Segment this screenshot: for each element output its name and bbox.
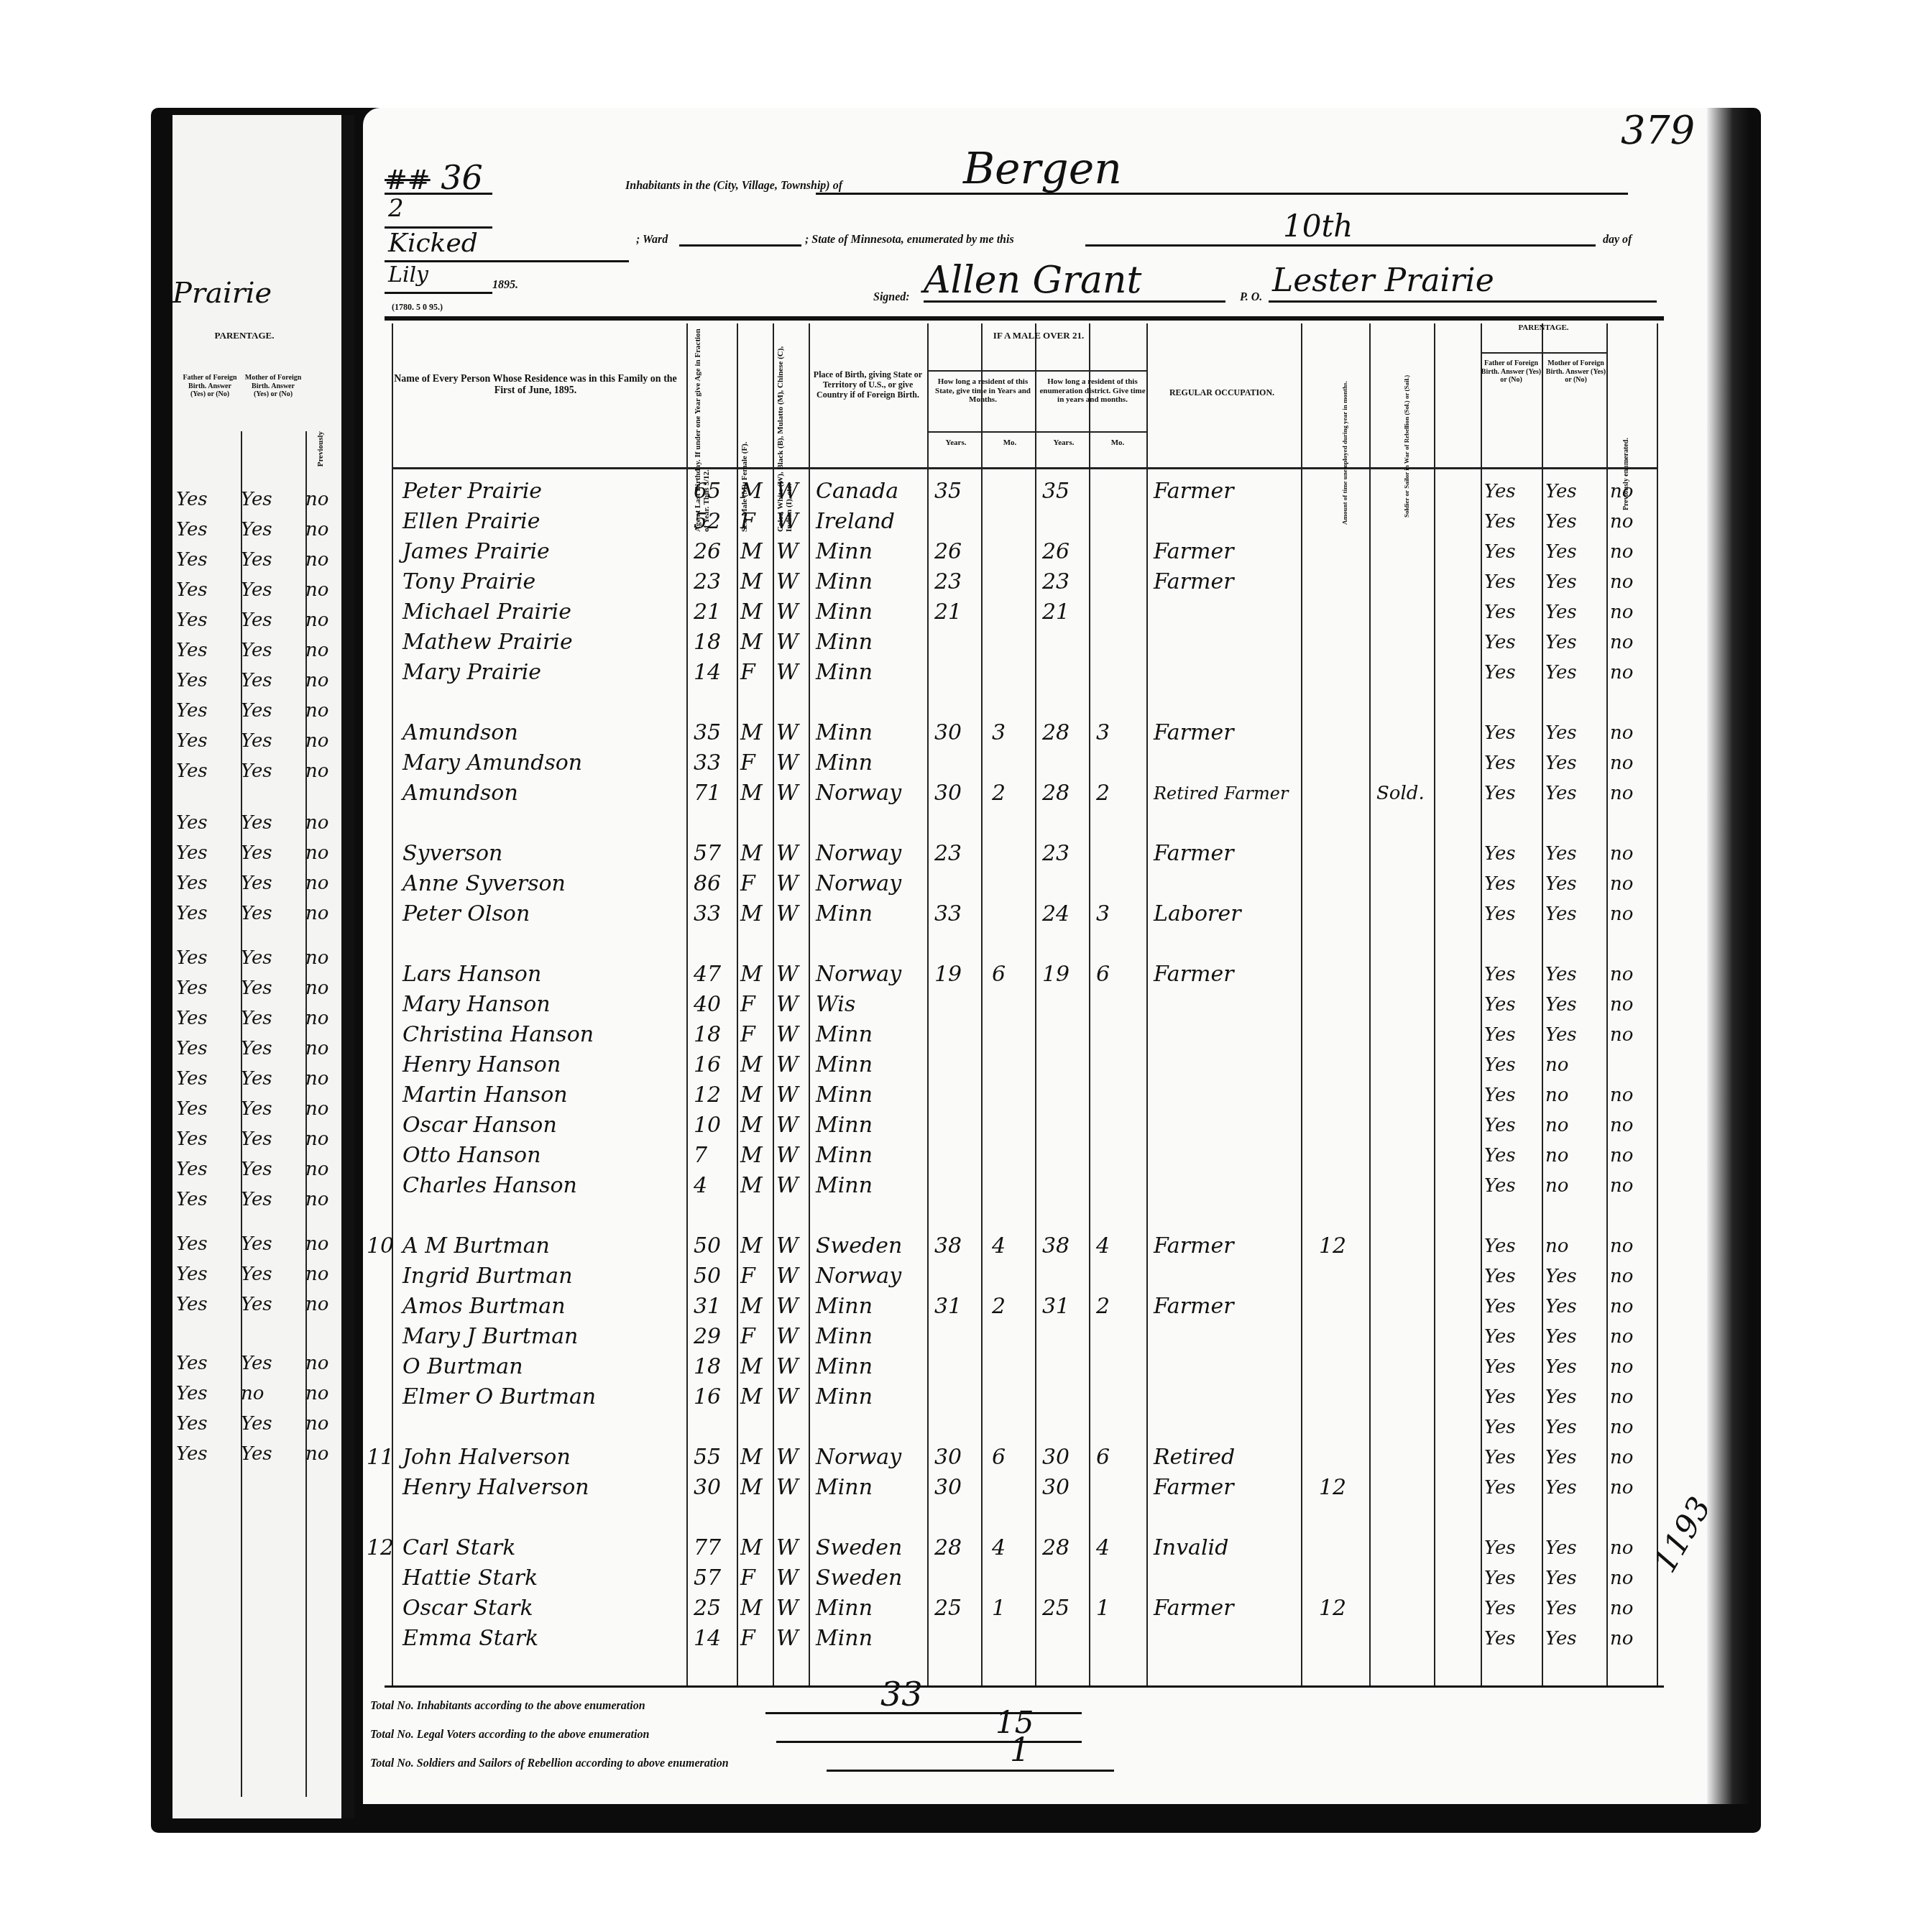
total-inhabitants-label: Total No. Inhabitants according to the a… (370, 1700, 645, 1713)
cell-age: 18 (694, 629, 721, 656)
cell-person-name: Mathew Prairie (402, 629, 573, 656)
left-page-cell: Yes (241, 609, 272, 631)
cell-color: W (776, 1474, 799, 1501)
cell-previously-enumerated: no (1610, 991, 1633, 1018)
cell-previously-enumerated: no (1610, 1414, 1633, 1441)
cell-sex: M (740, 901, 763, 928)
left-page-cell: Yes (176, 842, 208, 864)
cell-mother-foreign-birth: Yes (1545, 991, 1577, 1018)
cell-mother-foreign-birth: Yes (1545, 1565, 1577, 1592)
census-row: Emma Stark14FWMinnYesYesno (363, 1625, 1714, 1652)
cell-sex: M (740, 1293, 763, 1320)
cell-district-years: 28 (1042, 1535, 1069, 1562)
day-of-label: day of (1603, 234, 1632, 247)
cell-father-foreign-birth: Yes (1484, 1444, 1516, 1471)
cell-state-years: 19 (934, 961, 962, 988)
rule (765, 1712, 1082, 1714)
cell-person-name: Hattie Stark (402, 1565, 538, 1592)
cell-district-years: 38 (1042, 1233, 1069, 1260)
cell-father-foreign-birth: Yes (1484, 991, 1516, 1018)
cell-line-number: 12 (367, 1535, 394, 1562)
cell-occupation: Farmer (1154, 719, 1234, 747)
cell-age: 47 (694, 961, 721, 988)
cell-age: 50 (694, 1263, 721, 1290)
cell-father-foreign-birth: Yes (1484, 1353, 1516, 1381)
cell-sex: M (740, 538, 763, 566)
cell-birthplace: Minn (816, 1595, 873, 1622)
left-page-cell: no (305, 812, 328, 834)
left-page-cell: Yes (176, 1443, 208, 1465)
cell-occupation: Farmer (1154, 569, 1234, 596)
col-header-state-residence: How long a resident of this State, give … (931, 377, 1035, 405)
cell-birthplace: Minn (816, 1172, 873, 1200)
cell-district-months: 6 (1096, 1444, 1110, 1471)
cell-sex: M (740, 840, 763, 868)
cell-age: 14 (694, 659, 721, 686)
cell-person-name: Oscar Stark (402, 1595, 533, 1622)
po-label: P. O. (1240, 291, 1262, 304)
cell-previously-enumerated: no (1610, 1021, 1633, 1049)
cell-birthplace: Minn (816, 1384, 873, 1411)
census-row: Mary Amundson33FWMinnYesYesno (363, 750, 1714, 777)
left-page-cell: no (305, 1128, 328, 1150)
cell-state-years: 28 (934, 1535, 962, 1562)
left-page-cell: Yes (241, 519, 272, 540)
cell-father-foreign-birth: Yes (1484, 1293, 1516, 1320)
left-page-cell: Yes (176, 1353, 208, 1374)
census-row: Mary J Burtman29FWMinnYesYesno (363, 1323, 1714, 1351)
cell-person-name: Henry Hanson (402, 1052, 561, 1079)
enumerator-signature: Allen Grant (924, 259, 1141, 302)
cell-previously-enumerated: no (1610, 840, 1633, 868)
cell-birthplace: Minn (816, 1353, 873, 1381)
cell-mother-foreign-birth: Yes (1545, 538, 1577, 566)
cell-sex: M (740, 719, 763, 747)
cell-state-months: 4 (992, 1535, 1006, 1562)
left-page-cell: no (305, 1159, 328, 1180)
cell-birthplace: Minn (816, 569, 873, 596)
left-page-cell: Yes (176, 1413, 208, 1435)
left-page-cell: Yes (241, 977, 272, 999)
cell-father-foreign-birth: Yes (1484, 719, 1516, 747)
total-soldiers-label: Total No. Soldiers and Sailors of Rebell… (370, 1757, 729, 1770)
cell-state-years: 21 (934, 599, 962, 626)
cell-color: W (776, 1172, 799, 1200)
cell-person-name: Carl Stark (402, 1535, 515, 1562)
cell-age: 16 (694, 1052, 721, 1079)
col-header-mother: Mother of Foreign Birth. Answer (Yes) or… (1545, 359, 1606, 385)
cell-color: W (776, 538, 799, 566)
cell-father-foreign-birth: Yes (1484, 870, 1516, 898)
cell-mother-foreign-birth: Yes (1545, 1595, 1577, 1622)
cell-birthplace: Sweden (816, 1233, 902, 1260)
cell-previously-enumerated: no (1610, 1293, 1633, 1320)
cell-person-name: Lars Hanson (402, 961, 541, 988)
cell-age: 21 (694, 599, 721, 626)
cell-age: 31 (694, 1293, 721, 1320)
cell-birthplace: Minn (816, 1293, 873, 1320)
cell-soldier-sailor: Sold. (1376, 780, 1425, 807)
col-header-district-residence: How long a resident of this enumeration … (1039, 377, 1146, 405)
cell-person-name: Mary Prairie (402, 659, 541, 686)
left-page-cell: no (305, 1068, 328, 1090)
left-page-cell: Yes (241, 700, 272, 722)
left-page-cell: Yes (241, 730, 272, 752)
left-page-cell: Yes (176, 1233, 208, 1255)
cell-age: 33 (694, 901, 721, 928)
cell-birthplace: Sweden (816, 1565, 902, 1592)
cell-birthplace: Minn (816, 1021, 873, 1049)
cell-color: W (776, 1595, 799, 1622)
left-previously-header: Previously (316, 431, 325, 466)
cell-person-name: John Halverson (402, 1444, 571, 1471)
cell-district-years: 23 (1042, 840, 1069, 868)
cell-occupation: Invalid (1154, 1535, 1228, 1562)
cell-state-years: 23 (934, 569, 962, 596)
cell-previously-enumerated: no (1610, 569, 1633, 596)
left-page-cell: Yes (241, 489, 272, 510)
cell-color: W (776, 659, 799, 686)
total-inhabitants: 33 (880, 1675, 923, 1713)
cell-color: W (776, 629, 799, 656)
cell-color: W (776, 569, 799, 596)
cell-person-name: Peter Olson (402, 901, 530, 928)
left-page-cell: no (305, 519, 328, 540)
col-header-parentage: PARENTAGE. (1481, 323, 1606, 333)
left-page-cell: no (305, 609, 328, 631)
cell-district-months: 3 (1096, 901, 1110, 928)
cell-age: 86 (694, 870, 721, 898)
cell-state-years: 38 (934, 1233, 962, 1260)
left-page-cell: Yes (241, 1128, 272, 1150)
cell-occupation: Laborer (1154, 901, 1241, 928)
left-page-cell: Yes (176, 1189, 208, 1210)
cell-father-foreign-birth: Yes (1484, 629, 1516, 656)
cell-person-name: Oscar Hanson (402, 1112, 557, 1139)
census-row: 11John Halverson55MWNorway306306RetiredY… (363, 1444, 1714, 1471)
cell-age: 65 (694, 478, 721, 505)
cell-mother-foreign-birth: Yes (1545, 780, 1577, 807)
census-row (363, 1504, 1714, 1532)
cell-previously-enumerated: no (1610, 1565, 1633, 1592)
cell-district-years: 28 (1042, 719, 1069, 747)
cell-person-name: A M Burtman (402, 1233, 550, 1260)
rule (1085, 244, 1596, 247)
ward-label: ; Ward (636, 234, 668, 247)
cell-person-name: Amos Burtman (402, 1293, 566, 1320)
cell-father-foreign-birth: Yes (1484, 538, 1516, 566)
census-row: Ingrid Burtman50FWNorwayYesYesno (363, 1263, 1714, 1290)
cell-previously-enumerated: no (1610, 1595, 1633, 1622)
left-page-cell: Yes (176, 812, 208, 834)
cell-father-foreign-birth: Yes (1484, 1595, 1516, 1622)
cell-age: 10 (694, 1112, 721, 1139)
cell-color: W (776, 1565, 799, 1592)
left-page-cell: Yes (241, 1008, 272, 1029)
left-page-cell: Yes (176, 489, 208, 510)
left-page-title: Prairie (172, 277, 272, 310)
left-page-cell: Yes (176, 609, 208, 631)
cell-age: 18 (694, 1353, 721, 1381)
left-page-cell: Yes (241, 1233, 272, 1255)
left-father-header: Father of Foreign Birth. Answer (Yes) or… (181, 374, 239, 399)
cell-mother-foreign-birth: Yes (1545, 901, 1577, 928)
left-page-cell: no (305, 1294, 328, 1315)
cell-color: W (776, 508, 799, 535)
cell-district-years: 19 (1042, 961, 1069, 988)
census-row: Elmer O Burtman16MWMinnYesYesno (363, 1384, 1714, 1411)
left-page-cell: no (305, 730, 328, 752)
cell-birthplace: Sweden (816, 1535, 902, 1562)
cell-age: 7 (694, 1142, 707, 1169)
census-row: Amundson71MWNorway302282Retired FarmerSo… (363, 780, 1714, 807)
cell-birthplace: Minn (816, 1474, 873, 1501)
cell-color: W (776, 1233, 799, 1260)
cell-sex: M (740, 1535, 763, 1562)
left-page-cell: no (305, 1353, 328, 1374)
cell-birthplace: Norway (816, 870, 901, 898)
cell-person-name: Peter Prairie (402, 478, 542, 505)
cell-color: W (776, 599, 799, 626)
cell-district-months: 4 (1096, 1535, 1110, 1562)
table-bottom-rule (385, 1685, 1664, 1688)
rule (385, 292, 492, 294)
cell-state-years: 23 (934, 840, 962, 868)
cell-mother-foreign-birth: Yes (1545, 1444, 1577, 1471)
left-page-cell: Yes (176, 1038, 208, 1059)
cell-previously-enumerated: no (1610, 478, 1633, 505)
cell-state-years: 30 (934, 780, 962, 807)
cell-person-name: Amundson (402, 780, 518, 807)
left-page-cell: Yes (176, 579, 208, 601)
cell-mother-foreign-birth: Yes (1545, 961, 1577, 988)
left-page-cell: no (305, 1383, 328, 1404)
census-row: Mary Prairie14FWMinnYesYesno (363, 659, 1714, 686)
cell-district-months: 6 (1096, 961, 1110, 988)
cell-color: W (776, 1353, 799, 1381)
cell-occupation: Retired (1154, 1444, 1235, 1471)
cell-birthplace: Norway (816, 840, 901, 868)
cell-color: W (776, 1293, 799, 1320)
cell-state-months: 2 (992, 1293, 1006, 1320)
header-subdivider (1481, 352, 1606, 354)
cell-color: W (776, 1021, 799, 1049)
cell-birthplace: Minn (816, 1052, 873, 1079)
cell-occupation: Farmer (1154, 1293, 1234, 1320)
cell-age: 35 (694, 719, 721, 747)
left-page-cell: no (305, 1038, 328, 1059)
cell-occupation: Farmer (1154, 1474, 1234, 1501)
cell-mother-foreign-birth: Yes (1545, 659, 1577, 686)
cell-occupation: Farmer (1154, 961, 1234, 988)
cell-color: W (776, 750, 799, 777)
cell-person-name: Elmer O Burtman (402, 1384, 596, 1411)
left-page-cell: Yes (241, 670, 272, 691)
cell-father-foreign-birth: Yes (1484, 659, 1516, 686)
cell-district-years: 35 (1042, 478, 1069, 505)
cell-father-foreign-birth: Yes (1484, 1233, 1516, 1260)
cell-sex: M (740, 1112, 763, 1139)
cell-mother-foreign-birth: Yes (1545, 719, 1577, 747)
cell-sex: M (740, 1384, 763, 1411)
cell-color: W (776, 1082, 799, 1109)
cell-previously-enumerated: no (1610, 1142, 1633, 1169)
cell-line-number: 11 (367, 1444, 394, 1471)
cell-previously-enumerated: no (1610, 599, 1633, 626)
left-page-cell: no (305, 947, 328, 969)
cell-age: 14 (694, 1625, 721, 1652)
supervisor-district: 2 (388, 194, 404, 223)
left-page-cell: no (305, 670, 328, 691)
cell-age: 16 (694, 1384, 721, 1411)
cell-district-months: 4 (1096, 1233, 1110, 1260)
left-page-cell: Yes (176, 730, 208, 752)
cell-previously-enumerated: no (1610, 1474, 1633, 1501)
cell-mother-foreign-birth: Yes (1545, 870, 1577, 898)
rule (816, 193, 1628, 195)
col-header-birthplace: Place of Birth, giving State or Territor… (812, 370, 924, 400)
cell-person-name: Mary Amundson (402, 750, 582, 777)
census-row (363, 689, 1714, 717)
cell-father-foreign-birth: Yes (1484, 569, 1516, 596)
cell-person-name: Charles Hanson (402, 1172, 577, 1200)
cell-previously-enumerated: no (1610, 1444, 1633, 1471)
cell-sex: M (740, 1172, 763, 1200)
left-page-cell: Yes (241, 842, 272, 864)
cell-person-name: Christina Hanson (402, 1021, 594, 1049)
cell-age: 23 (694, 569, 721, 596)
cell-sex: F (740, 1323, 755, 1351)
cell-mother-foreign-birth: Yes (1545, 629, 1577, 656)
cell-occupation: Farmer (1154, 538, 1234, 566)
cell-age: 71 (694, 780, 721, 807)
cell-color: W (776, 870, 799, 898)
left-page-cell: no (305, 1098, 328, 1120)
census-row: James Prairie26MWMinn2626FarmerYesYesno (363, 538, 1714, 566)
col-header-state-months: Mo. (985, 438, 1035, 448)
cell-state-months: 4 (992, 1233, 1006, 1260)
cell-birthplace: Minn (816, 659, 873, 686)
census-row: Lars Hanson47MWNorway196196FarmerYesYesn… (363, 961, 1714, 988)
cell-color: W (776, 840, 799, 868)
cell-father-foreign-birth: Yes (1484, 840, 1516, 868)
cell-district-years: 23 (1042, 569, 1069, 596)
cell-sex: M (740, 961, 763, 988)
left-page-fragment: Prairie PARENTAGE. Father of Foreign Bir… (172, 115, 354, 1818)
cell-age: 55 (694, 1444, 721, 1471)
cell-color: W (776, 1535, 799, 1562)
cell-color: W (776, 1384, 799, 1411)
cell-sex: F (740, 870, 755, 898)
header-bottom-divider (392, 467, 1657, 469)
left-page-cell: Yes (241, 1159, 272, 1180)
left-page-cell: Yes (241, 549, 272, 571)
col-header-name: Name of Every Person Whose Residence was… (392, 374, 679, 397)
cell-state-years: 25 (934, 1595, 962, 1622)
left-mother-header: Mother of Foreign Birth. Answer (Yes) or… (244, 374, 302, 399)
left-page-cell: Yes (241, 903, 272, 924)
cell-color: W (776, 478, 799, 505)
left-page-cell: Yes (176, 549, 208, 571)
left-page-cell: Yes (241, 1098, 272, 1120)
signed-label: Signed: (873, 291, 910, 304)
cell-sex: M (740, 1474, 763, 1501)
cell-sex: F (740, 991, 755, 1018)
left-page-cell: no (305, 1189, 328, 1210)
cell-age: 40 (694, 991, 721, 1018)
cell-color: W (776, 991, 799, 1018)
left-page-cell: Yes (176, 1294, 208, 1315)
cell-color: W (776, 719, 799, 747)
census-row: Mary Hanson40FWWisYesYesno (363, 991, 1714, 1018)
cell-previously-enumerated: no (1610, 1353, 1633, 1381)
cell-state-months: 3 (992, 719, 1006, 747)
cell-mother-foreign-birth: no (1545, 1233, 1568, 1260)
cell-birthplace: Minn (816, 538, 873, 566)
enumeration-day: 10th (1283, 208, 1353, 244)
cell-occupation: Retired Farmer (1154, 780, 1289, 807)
cell-person-name: Mary J Burtman (402, 1323, 578, 1351)
total-voters-label: Total No. Legal Voters according to the … (370, 1729, 649, 1742)
cell-previously-enumerated: no (1610, 1625, 1633, 1652)
cell-sex: M (740, 1595, 763, 1622)
cell-color: W (776, 901, 799, 928)
left-page-cell: no (241, 1383, 264, 1404)
cell-sex: M (740, 1142, 763, 1169)
cell-sex: M (740, 1233, 763, 1260)
census-row: 12Carl Stark77MWSweden284284InvalidYesYe… (363, 1535, 1714, 1562)
left-page-cell: Yes (176, 903, 208, 924)
left-page-cell: Yes (241, 579, 272, 601)
left-page-cell: Yes (241, 640, 272, 661)
cell-father-foreign-birth: Yes (1484, 1082, 1516, 1109)
cell-state-months: 2 (992, 780, 1006, 807)
cell-father-foreign-birth: Yes (1484, 1172, 1516, 1200)
cell-district-years: 30 (1042, 1474, 1069, 1501)
left-page-cell: no (305, 1413, 328, 1435)
left-page-cell: Yes (176, 640, 208, 661)
cell-sex: M (740, 1353, 763, 1381)
cell-person-name: Amundson (402, 719, 518, 747)
cell-mother-foreign-birth: no (1545, 1112, 1568, 1139)
cell-person-name: Martin Hanson (402, 1082, 568, 1109)
left-page-cell: Yes (176, 873, 208, 894)
left-page-cell: no (305, 579, 328, 601)
cell-sex: M (740, 599, 763, 626)
cell-father-foreign-birth: Yes (1484, 508, 1516, 535)
cell-state-years: 30 (934, 719, 962, 747)
census-row: Amundson35MWMinn303283FarmerYesYesno (363, 719, 1714, 747)
cell-previously-enumerated: no (1610, 508, 1633, 535)
left-page-cell: Yes (241, 873, 272, 894)
left-page-cell: Yes (176, 1264, 208, 1285)
cell-sex: F (740, 659, 755, 686)
rule (1269, 300, 1657, 303)
cell-father-foreign-birth: Yes (1484, 1474, 1516, 1501)
left-page-cell: Yes (241, 760, 272, 782)
cell-previously-enumerated: no (1610, 719, 1633, 747)
census-row: 10A M Burtman50MWSweden384384Farmer12Yes… (363, 1233, 1714, 1260)
cell-birthplace: Minn (816, 901, 873, 928)
cell-age: 26 (694, 538, 721, 566)
cell-birthplace: Minn (816, 1082, 873, 1109)
left-page-cell: Yes (241, 947, 272, 969)
cell-state-months: 6 (992, 961, 1006, 988)
cell-sex: F (740, 1565, 755, 1592)
census-page: 379 ## 36 2 Kicked Lily 1895. (1780. 5 0… (363, 108, 1714, 1804)
left-page-cell: Yes (241, 1189, 272, 1210)
ward-field (679, 244, 801, 247)
